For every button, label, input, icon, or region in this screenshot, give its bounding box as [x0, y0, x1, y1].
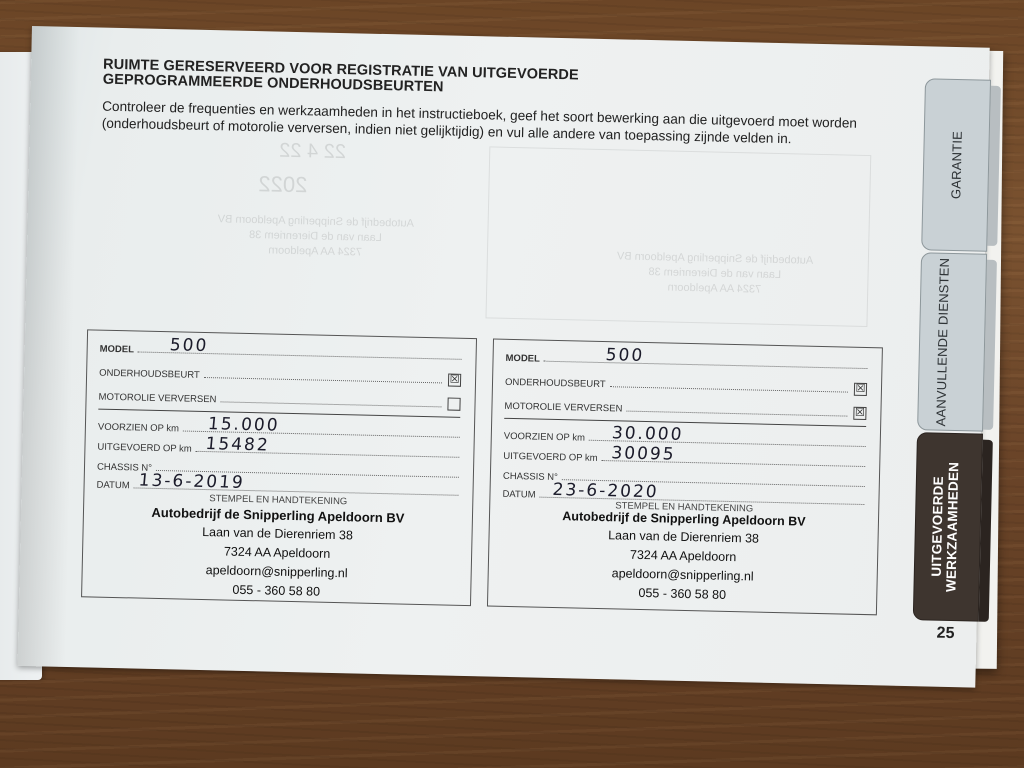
service-checkbox[interactable]: ☒: [448, 374, 461, 387]
service-record-form-2: MODEL 500 ONDERHOUDSBEURT ☒ MOTOROLIE VE…: [487, 339, 883, 616]
tab-uitgevoerde-werkzaamheden[interactable]: UITGEVOERDE WERKZAAMHEDEN: [913, 432, 983, 621]
oil-change-label: MOTOROLIE VERVERSEN: [98, 392, 216, 406]
dealer-stamp: Autobedrijf de Snipperling Apeldoorn BV …: [82, 502, 472, 605]
tab-label: AANVULLENDE DIENSTEN: [933, 257, 971, 426]
performed-km-label: UITGEVOERD OP km: [97, 442, 192, 455]
date-label: DATUM: [96, 480, 129, 492]
service-checkbox[interactable]: ☒: [854, 383, 867, 396]
model-field[interactable]: MODEL 500: [505, 346, 867, 372]
date-value: 13-6-2019: [138, 471, 246, 493]
performed-km-value: 30095: [611, 443, 677, 464]
show-through-text: Autobedrijf de Snipperling Apeldoorn BVL…: [217, 212, 414, 261]
planned-km-label: VOORZIEN OP km: [504, 431, 585, 444]
oil-change-checkbox[interactable]: [447, 398, 460, 411]
tab-aanvullende-diensten[interactable]: AANVULLENDE DIENSTEN: [917, 252, 987, 431]
show-through-text: 22 4 22: [279, 140, 346, 165]
page-number: 25: [936, 625, 954, 643]
model-value: 500: [605, 345, 645, 366]
performed-km-label: UITGEVOERD OP km: [503, 451, 598, 464]
show-through-text: Autobedrijf de Snipperling Apeldoorn BVL…: [616, 249, 813, 298]
tab-label: UITGEVOERDE WERKZAAMHEDEN: [928, 434, 968, 621]
service-field: ONDERHOUDSBEURT ☒: [99, 361, 461, 387]
service-label: ONDERHOUDSBEURT: [505, 377, 606, 390]
model-value: 500: [169, 335, 209, 356]
tab-garantie[interactable]: GARANTIE: [921, 78, 991, 251]
show-through-box: [485, 146, 871, 327]
planned-km-value: 15.000: [207, 414, 280, 436]
tab-label: GARANTIE: [948, 131, 965, 199]
performed-km-value: 15482: [205, 434, 271, 455]
service-label: ONDERHOUDSBEURT: [99, 368, 200, 381]
dealer-stamp: Autobedrijf de Snipperling Apeldoorn BV …: [488, 506, 878, 609]
oil-change-field: MOTOROLIE VERVERSEN: [98, 385, 460, 411]
oil-change-checkbox[interactable]: ☒: [853, 407, 866, 420]
show-through-text: 2022: [258, 171, 308, 198]
service-record-form-1: MODEL 500 ONDERHOUDSBEURT ☒ MOTOROLIE VE…: [81, 329, 477, 606]
oil-change-label: MOTOROLIE VERVERSEN: [504, 401, 622, 415]
planned-km-value: 30.000: [611, 423, 684, 445]
booklet-page: Ruimte gereserveerd voor registratie van…: [17, 26, 989, 688]
planned-km-label: VOORZIEN OP km: [98, 422, 179, 435]
page-title: Ruimte gereserveerd voor registratie van…: [103, 58, 724, 102]
instructions-text: Controleer de frequenties en werkzaamhed…: [102, 98, 863, 149]
model-label: MODEL: [505, 353, 540, 365]
model-field[interactable]: MODEL 500: [100, 337, 462, 363]
service-field: ONDERHOUDSBEURT ☒: [505, 370, 867, 396]
oil-change-field: MOTOROLIE VERVERSEN ☒: [504, 394, 866, 420]
model-label: MODEL: [100, 344, 135, 356]
